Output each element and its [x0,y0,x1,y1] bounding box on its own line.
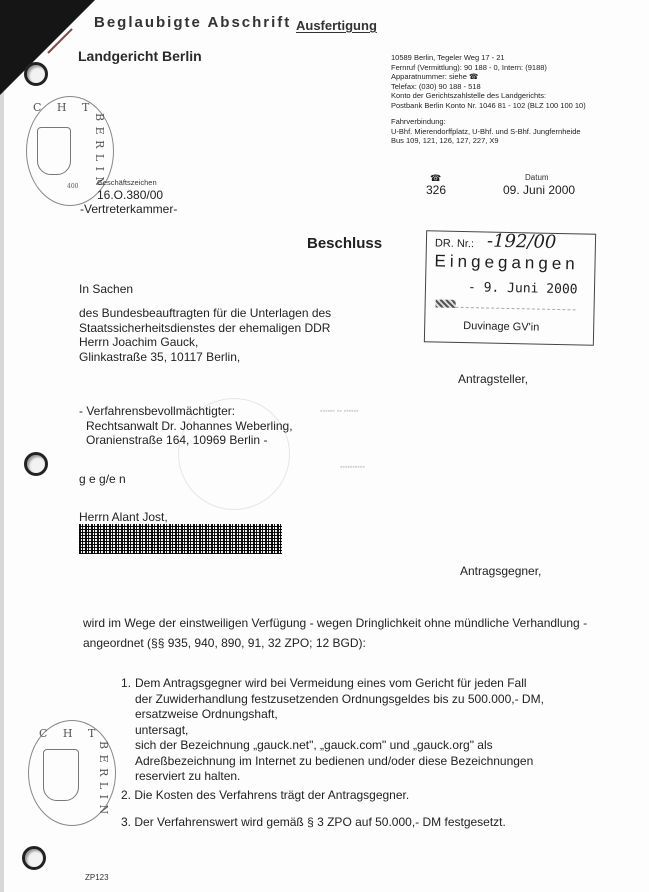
received-stamp: DR. Nr.: -192/00 Eingegangen - 9. Juni 2… [424,230,596,346]
transit-bus: Bus 109, 121, 126, 127, 227, X9 [391,136,581,146]
transit-block: Fahrverbindung: U-Bhf. Mierendorffplatz,… [391,117,581,146]
stamp-dr-label: DR. Nr.: [435,237,474,250]
ruling-intro-line: angeordnet (§§ 935, 940, 890, 91, 32 ZPO… [83,633,623,653]
ruling-item-number: 1. [121,676,131,692]
ruling-line: Adreßbezeichnung im Internet zu bedienen… [135,754,544,770]
stamp-signature-mark [436,299,456,307]
counsel-line: Oranienstraße 164, 10969 Berlin - [79,433,293,448]
stamp-dr-number: -192/00 [487,231,557,253]
ruling-item-3: 3. Der Verfahrenswert wird gemäß § 3 ZPO… [121,815,506,831]
counsel-line: - Verfahrensbevollmächtigter: [79,404,293,419]
ruling-line: ersatzweise Ordnungshaft, [135,707,544,723]
scan-edge [0,0,4,892]
seal-letters-top: C H T [39,727,101,740]
stamp-officer: Duvinage GV'in [463,320,539,334]
court-extension-note: Apparatnummer: siehe ☎ [391,72,646,82]
chamber-name: -Vertreterkammer- [80,202,177,216]
versus-label: g e g/e n [79,472,126,488]
parties-intro: In Sachen [79,282,133,298]
applicant-block: des Bundesbeauftragten für die Unterlage… [79,306,331,364]
phone-extension: 326 [426,183,446,197]
applicant-role: Antragsteller, [458,372,528,388]
document-date: 09. Juni 2000 [503,183,575,197]
ruling-line: sich der Bezeichnung „gauck.net", „gauck… [135,738,544,754]
punch-hole-middle [24,452,48,476]
applicant-line: des Bundesbeauftragten für die Unterlage… [79,306,331,321]
court-address: 10589 Berlin, Tegeler Weg 17 - 21 [391,53,646,63]
ruling-line: Der Verfahrenswert wird gemäß § 3 ZPO au… [134,815,506,829]
court-seal-bottom: C H T B E R L I N [28,720,116,826]
court-account-details: Postbank Berlin Konto Nr. 1046 81 - 102 … [391,101,646,111]
certified-copy-label: Beglaubigte Abschrift [94,14,291,31]
date-label: Datum [525,173,549,182]
transit-heading: Fahrverbindung: [391,117,581,127]
seal-letters-top: C H T [33,101,95,114]
case-number-label: Geschäftszeichen [97,178,157,187]
ruling-line: reserviert zu halten. [135,769,544,785]
counsel-block: - Verfahrensbevollmächtigter: Rechtsanwa… [79,404,293,448]
case-number: 16.O.380/00 [97,188,163,202]
coat-of-arms-icon [37,127,71,175]
court-phone: Fernruf (Vermittlung): 90 188 - 0, Inter… [391,63,646,73]
ruling-line: Dem Antragsgegner wird bei Vermeidung ei… [135,676,544,692]
respondent-role: Antragsgegner, [460,564,541,580]
transit-rail: U-Bhf. Mierendorffplatz, U-Bhf. und S-Bh… [391,127,581,137]
ruling-intro-line: wird im Wege der einstweiligen Verfügung… [83,613,623,633]
ruling-line: der Zuwiderhandlung festzusetzenden Ordn… [135,692,544,708]
applicant-line: Glinkastraße 35, 10117 Berlin, [79,350,331,365]
seal-letters-side: B E R L I N [93,113,106,187]
faint-bleedthrough-text: ▪▪▪▪▪▪▪▪▪▪ [340,464,365,471]
seal-number: 400 [67,183,78,190]
ruling-intro: wird im Wege der einstweiligen Verfügung… [83,613,623,653]
court-contact-block: 10589 Berlin, Tegeler Weg 17 - 21 Fernru… [391,53,646,111]
ruling-line: untersagt, [135,723,544,739]
applicant-line: Staatssicherheitsdienstes der ehemaligen… [79,321,331,336]
applicant-line: Herrn Joachim Gauck, [79,335,331,350]
footer-code: ZP123 [85,873,109,882]
court-account-heading: Konto der Gerichtszahlstelle des Landger… [391,91,646,101]
ruling-item-number: 3. [121,815,131,829]
document-title: Beschluss [307,235,382,252]
punch-hole-bottom [22,846,46,870]
stamp-status: Eingegangen [434,251,579,274]
copy-type-label: Ausfertigung [296,18,377,33]
redacted-respondent-address [79,524,282,554]
ruling-item-2: 2. Die Kosten des Verfahrens trägt der A… [121,788,409,804]
faint-bleedthrough-text: ▪▪▪▪▪▪ ▪▪ ▪▪▪▪▪▪ [320,408,359,415]
seal-letters-side: B E R L I N [97,741,110,815]
ruling-item-number: 2. [121,788,131,802]
ruling-item-1: 1. Dem Antragsgegner wird bei Vermeidung… [121,676,544,785]
stamp-date: - 9. Juni 2000 [468,280,578,297]
coat-of-arms-icon [43,749,79,801]
punch-hole-top [24,62,48,86]
court-name: Landgericht Berlin [78,48,202,64]
stamp-signature-line [456,307,576,311]
court-fax: Telefax: (030) 90 188 - 518 [391,82,646,92]
ruling-line: Die Kosten des Verfahrens trägt der Antr… [134,788,409,802]
counsel-line: Rechtsanwalt Dr. Johannes Weberling, [79,419,293,434]
